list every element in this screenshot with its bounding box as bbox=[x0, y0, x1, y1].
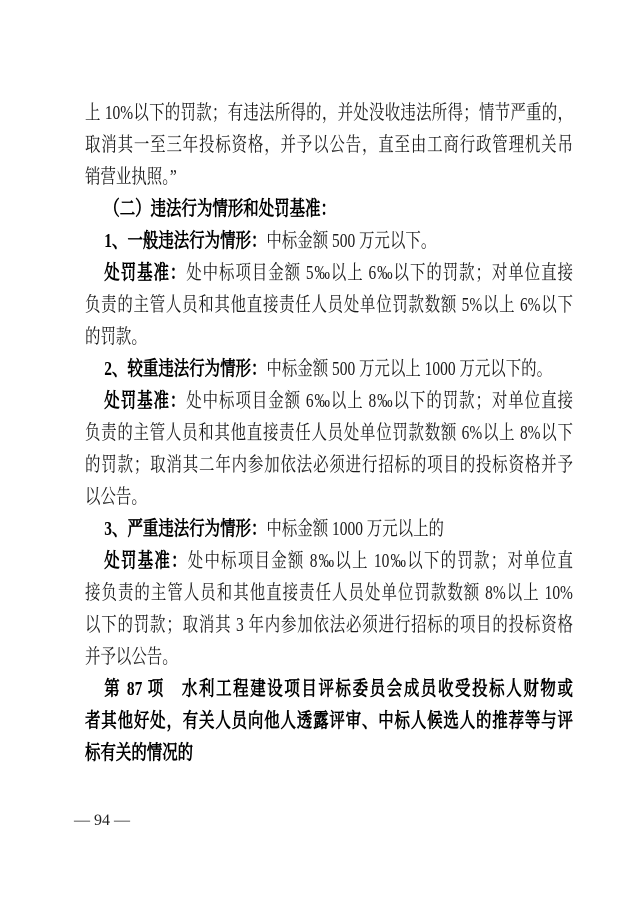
text-line: 的罚款；取消其二年内参加依法必须进行招标的项目的投标资格并予 bbox=[85, 449, 573, 481]
text-line: 以下的罚款；取消其 3 年内参加依法必须进行招标的项目的投标资格 bbox=[85, 609, 573, 641]
text-run: 负责的主管人员和其他直接责任人员处单位罚款数额 5%以上 6%以下 bbox=[85, 294, 573, 316]
para-general-violation: 1、一般违法行为情形：中标金额 500 万元以下。 bbox=[85, 225, 573, 257]
para-severe-penalty-benchmark: 处罚基准：处中标项目金额 8‰以上 10‰以下的罚款；对单位直 接负责的主管人员… bbox=[85, 545, 573, 673]
text-run: 销营业执照。” bbox=[85, 166, 177, 188]
text-line: 销营业执照。” bbox=[85, 161, 573, 193]
bold-run: 标有关的情况的 bbox=[85, 742, 193, 764]
text-run: 处中标项目金额 5‰以上 6‰以下的罚款；对单位直接 bbox=[186, 262, 573, 284]
text-run: 并予以公告。 bbox=[85, 646, 178, 668]
para-moderate-violation: 2、较重违法行为情形：中标金额 500 万元以上 1000 万元以下的。 bbox=[85, 353, 573, 385]
text-run: 中标金额 1000 万元以上的 bbox=[266, 518, 444, 540]
text-line: 取消其一至三年投标资格，并予以公告，直至由工商行政管理机关吊 bbox=[85, 129, 573, 161]
text-line: 3、严重违法行为情形：中标金额 1000 万元以上的 bbox=[85, 513, 573, 545]
document-body: 上 10%以下的罚款；有违法所得的，并处没收违法所得；情节严重的， 取消其一至三… bbox=[85, 97, 573, 769]
heading-item-87: 第 87 项 水利工程建设项目评标委员会成员收受投标人财物或 者其他好处，有关人… bbox=[85, 673, 573, 769]
text-line: 处罚基准：处中标项目金额 6‰以上 8‰以下的罚款；对单位直接 bbox=[85, 385, 573, 417]
bold-run: 者其他好处，有关人员向他人透露评审、中标人候选人的推荐等与评 bbox=[85, 710, 573, 732]
bold-run: （二）违法行为情形和处罚基准： bbox=[104, 198, 336, 220]
text-line: 接负责的主管人员和其他直接责任人员处单位罚款数额 8%以上 10% bbox=[85, 577, 573, 609]
text-run: 处中标项目金额 8‰以上 10‰以下的罚款；对单位直 bbox=[188, 550, 573, 572]
para-preceding-clause-continuation: 上 10%以下的罚款；有违法所得的，并处没收违法所得；情节严重的， 取消其一至三… bbox=[85, 97, 573, 193]
text-line: 处罚基准：处中标项目金额 5‰以上 6‰以下的罚款；对单位直接 bbox=[85, 257, 573, 289]
para-severe-violation: 3、严重违法行为情形：中标金额 1000 万元以上的 bbox=[85, 513, 573, 545]
para-general-penalty-benchmark: 处罚基准：处中标项目金额 5‰以上 6‰以下的罚款；对单位直接 负责的主管人员和… bbox=[85, 257, 573, 353]
text-run: 中标金额 500 万元以上 1000 万元以下的。 bbox=[266, 358, 552, 380]
bold-run: 处罚基准： bbox=[104, 262, 186, 284]
text-run: 负责的主管人员和其他直接责任人员处单位罚款数额 6%以上 8%以下 bbox=[85, 422, 573, 444]
text-run: 的罚款。 bbox=[85, 326, 147, 348]
bold-run: 1、一般违法行为情形： bbox=[104, 230, 266, 252]
text-line: 并予以公告。 bbox=[85, 641, 573, 673]
text-line: 以公告。 bbox=[85, 481, 573, 513]
text-run: 以下的罚款；取消其 3 年内参加依法必须进行招标的项目的投标资格 bbox=[85, 614, 573, 636]
text-line: 负责的主管人员和其他直接责任人员处单位罚款数额 6%以上 8%以下 bbox=[85, 417, 573, 449]
text-line: （二）违法行为情形和处罚基准： bbox=[85, 193, 573, 225]
text-line: 者其他好处，有关人员向他人透露评审、中标人候选人的推荐等与评 bbox=[85, 705, 573, 737]
bold-run: 第 87 项 水利工程建设项目评标委员会成员收受投标人财物或 bbox=[104, 678, 573, 700]
document-page: 上 10%以下的罚款；有违法所得的，并处没收违法所得；情节严重的， 取消其一至三… bbox=[0, 0, 635, 898]
page-number: — 94 — bbox=[74, 810, 130, 832]
text-run: 取消其一至三年投标资格，并予以公告，直至由工商行政管理机关吊 bbox=[85, 134, 573, 156]
page-number-text: — 94 — bbox=[74, 812, 130, 829]
text-line: 1、一般违法行为情形：中标金额 500 万元以下。 bbox=[85, 225, 573, 257]
text-line: 负责的主管人员和其他直接责任人员处单位罚款数额 5%以上 6%以下 bbox=[85, 289, 573, 321]
text-line: 第 87 项 水利工程建设项目评标委员会成员收受投标人财物或 bbox=[85, 673, 573, 705]
text-run: 接负责的主管人员和其他直接责任人员处单位罚款数额 8%以上 10% bbox=[85, 582, 573, 604]
bold-run: 3、严重违法行为情形： bbox=[104, 518, 266, 540]
text-line: 标有关的情况的 bbox=[85, 737, 573, 769]
text-run: 的罚款；取消其二年内参加依法必须进行招标的项目的投标资格并予 bbox=[85, 454, 573, 476]
text-run: 中标金额 500 万元以下。 bbox=[266, 230, 436, 252]
bold-run: 2、较重违法行为情形： bbox=[104, 358, 266, 380]
text-line: 2、较重违法行为情形：中标金额 500 万元以上 1000 万元以下的。 bbox=[85, 353, 573, 385]
text-line: 的罚款。 bbox=[85, 321, 573, 353]
para-moderate-penalty-benchmark: 处罚基准：处中标项目金额 6‰以上 8‰以下的罚款；对单位直接 负责的主管人员和… bbox=[85, 385, 573, 513]
text-run: 以公告。 bbox=[85, 486, 147, 508]
heading-violation-situations-and-penalty-benchmarks: （二）违法行为情形和处罚基准： bbox=[85, 193, 573, 225]
bold-run: 处罚基准： bbox=[104, 390, 186, 412]
text-run: 上 10%以下的罚款；有违法所得的，并处没收违法所得；情节严重的， bbox=[85, 102, 573, 124]
text-run: 处中标项目金额 6‰以上 8‰以下的罚款；对单位直接 bbox=[186, 390, 573, 412]
bold-run: 处罚基准： bbox=[104, 550, 187, 572]
text-line: 上 10%以下的罚款；有违法所得的，并处没收违法所得；情节严重的， bbox=[85, 97, 573, 129]
text-line: 处罚基准：处中标项目金额 8‰以上 10‰以下的罚款；对单位直 bbox=[85, 545, 573, 577]
